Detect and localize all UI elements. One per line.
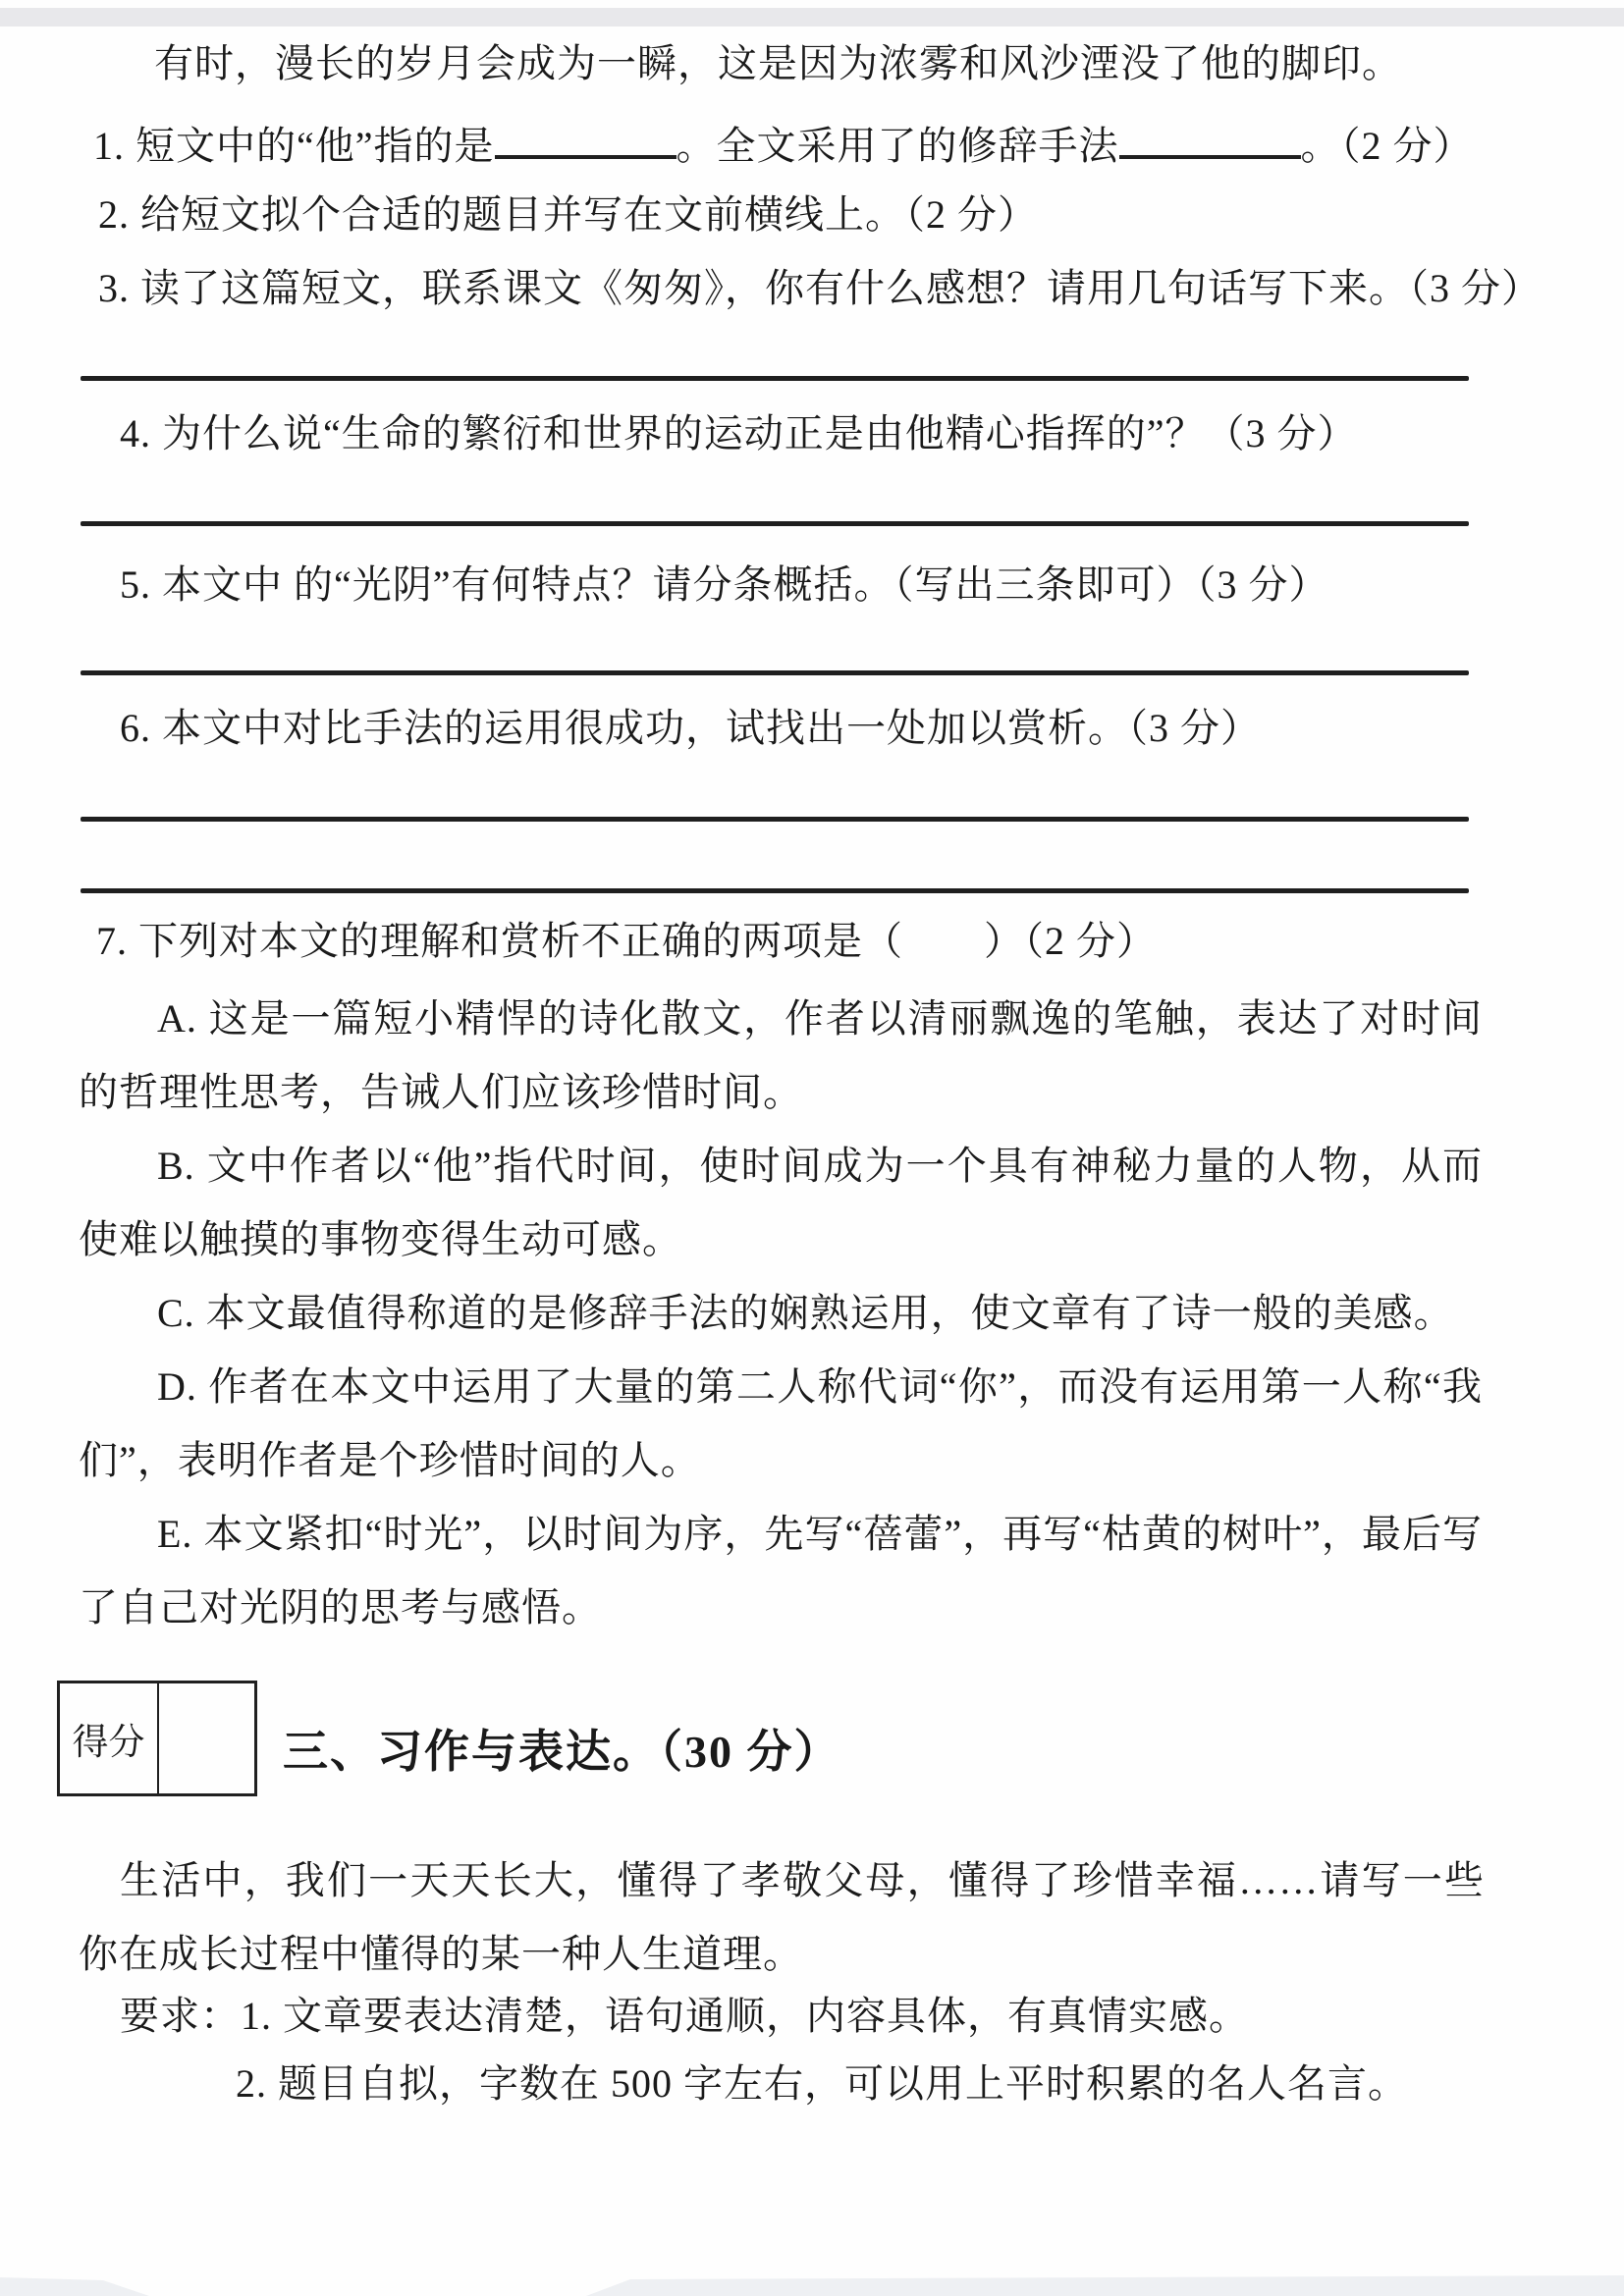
question-1-text-pre: 1. 短文中的“他”指的是 <box>93 124 495 168</box>
exam-page: 有时，漫长的岁月会成为一瞬，这是因为浓雾和风沙湮没了他的脚印。 1. 短文中的“… <box>0 0 1624 2296</box>
question-1-text-post: 。（2 分） <box>1301 124 1474 168</box>
bottom-left-scan-artifact <box>0 2277 149 2296</box>
question-7-options: A. 这是一篇短小精悍的诗化散文，作者以清丽飘逸的笔触，表达了对时间的哲理性思考… <box>79 982 1483 1644</box>
answer-blank-2 <box>1119 116 1301 159</box>
requirement-1: 要求：1. 文章要表达清楚，语句通顺，内容具体，有真情实感。 <box>120 1994 1249 2039</box>
option-b: B. 文中作者以“他”指代时间，使时间成为一个具有神秘力量的人物，从而使难以触摸… <box>79 1129 1483 1276</box>
composition-intro-text: 生活中，我们一天天长大，懂得了孝敬父母，懂得了珍惜幸福……请写一些你在成长过程中… <box>79 1843 1485 1991</box>
question-7: 7. 下列对本文的理解和赏析不正确的两项是（ ）（2 分） <box>96 919 1157 964</box>
composition-intro: 生活中，我们一天天长大，懂得了孝敬父母，懂得了珍惜幸福……请写一些你在成长过程中… <box>79 1843 1485 1991</box>
answer-line <box>81 817 1469 822</box>
question-1-text-mid: 。全文采用了的修辞手法 <box>677 124 1119 168</box>
answer-blank-1 <box>495 116 677 159</box>
score-box-value-cell <box>159 1683 257 1793</box>
question-1: 1. 短文中的“他”指的是。全文采用了的修辞手法。（2 分） <box>93 116 1474 169</box>
question-3: 3. 读了这篇短文，联系课文《匆匆》，你有什么感想？请用几句话写下来。（3 分） <box>98 266 1542 311</box>
question-5: 5. 本文中 的“光阴”有何特点？请分条概括。（写出三条即可）（3 分） <box>120 562 1329 608</box>
score-box-label: 得分 <box>60 1683 157 1793</box>
score-box: 得分 <box>57 1681 257 1796</box>
answer-line <box>81 670 1469 675</box>
answer-line <box>81 888 1469 893</box>
top-scan-stripe <box>0 8 1624 27</box>
bottom-right-scan-artifact <box>586 2275 1624 2296</box>
option-c: C. 本文最值得称道的是修辞手法的娴熟运用，使文章有了诗一般的美感。 <box>79 1276 1483 1350</box>
section-3-heading: 三、习作与表达。（30 分） <box>283 1716 841 1781</box>
question-4: 4. 为什么说“生命的繁衍和世界的运动正是由他精心指挥的”？（3 分） <box>120 411 1358 456</box>
question-6: 6. 本文中对比手法的运用很成功，试找出一处加以赏析。（3 分） <box>120 706 1261 751</box>
option-d: D. 作者在本文中运用了大量的第二人称代词“你”，而没有运用第一人称“我们”，表… <box>79 1350 1483 1497</box>
option-a: A. 这是一篇短小精悍的诗化散文，作者以清丽飘逸的笔触，表达了对时间的哲理性思考… <box>79 982 1483 1129</box>
requirement-2: 2. 题目自拟，字数在 500 字左右，可以用上平时积累的名人名言。 <box>236 2061 1408 2107</box>
question-2: 2. 给短文拟个合适的题目并写在文前横线上。（2 分） <box>98 192 1038 238</box>
option-e: E. 本文紧扣“时光”，以时间为序，先写“蓓蕾”，再写“枯黄的树叶”，最后写了自… <box>79 1497 1483 1644</box>
answer-line <box>81 376 1469 381</box>
answer-line <box>81 521 1469 526</box>
intro-paragraph: 有时，漫长的岁月会成为一瞬，这是因为浓雾和风沙湮没了他的脚印。 <box>154 41 1402 86</box>
